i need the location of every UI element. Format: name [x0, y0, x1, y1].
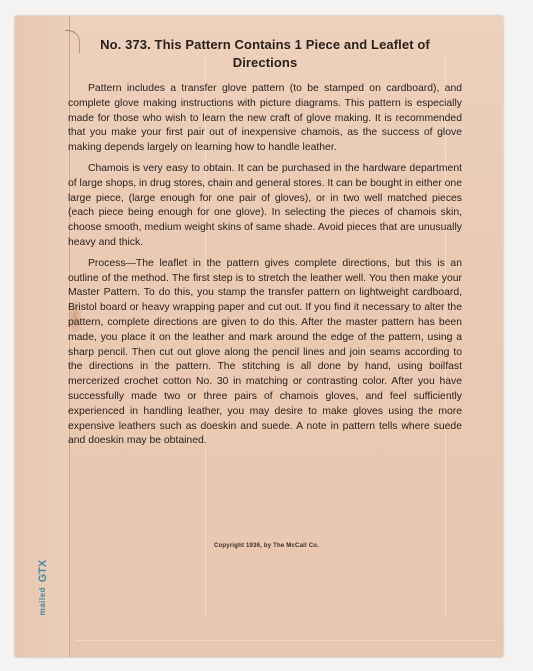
- paper-crease: [75, 640, 495, 641]
- document-body: No. 373. This Pattern Contains 1 Piece a…: [68, 36, 462, 455]
- document-title: No. 373. This Pattern Contains 1 Piece a…: [68, 36, 462, 72]
- ink-stamp: mailed GTX: [34, 560, 52, 615]
- paragraph-chamois: Chamois is very easy to obtain. It can b…: [68, 162, 462, 251]
- paragraph-intro: Pattern includes a transfer glove patter…: [68, 82, 462, 156]
- stamp-line-1: mailed: [38, 587, 47, 615]
- copyright-notice: Copyright 1936, by The McCall Co.: [0, 543, 533, 549]
- stamp-line-2: GTX: [37, 560, 49, 583]
- paragraph-process: Process—The leaflet in the pattern gives…: [68, 257, 462, 449]
